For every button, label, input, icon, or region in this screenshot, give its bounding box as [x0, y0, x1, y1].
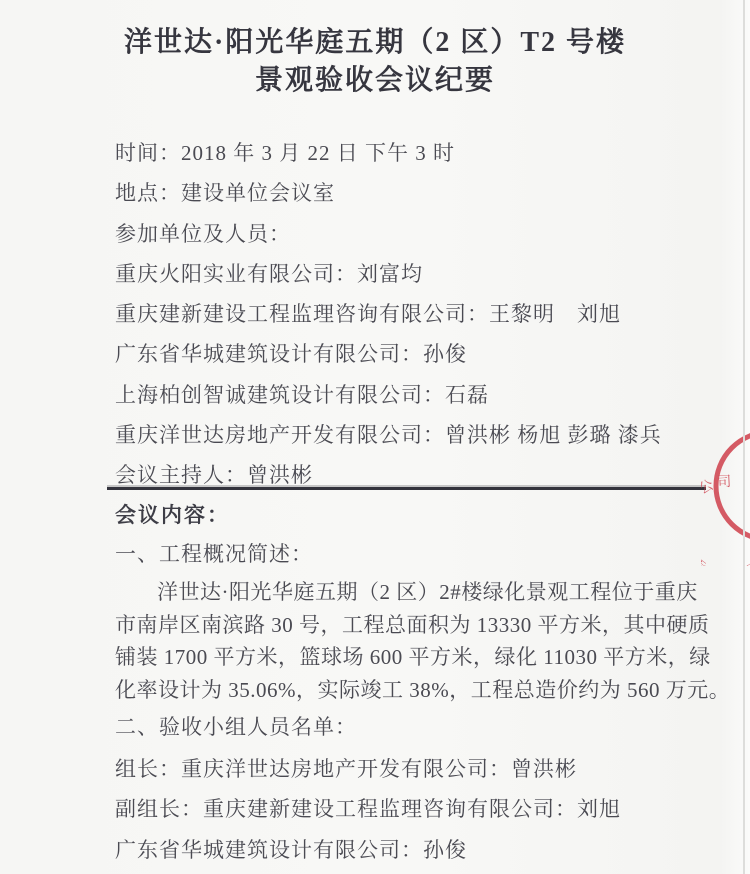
attendee-line: 重庆建新建设工程监理咨询有限公司：王黎明 刘旭	[115, 294, 710, 334]
meta-line-time: 时间：2018 年 3 月 22 日 下午 3 时	[115, 133, 710, 173]
list-item-member: 广东省华城建筑设计有限公司：孙俊	[115, 830, 712, 870]
content-block: 会议内容： 一、工程概况简述： 洋世达·阳光华庭五期（2 区）2#楼绿化景观工程…	[115, 497, 712, 870]
meta-block: 时间：2018 年 3 月 22 日 下午 3 时 地点：建设单位会议室 参加单…	[115, 133, 710, 496]
document-title: 洋世达·阳光华庭五期（2 区）T2 号楼 景观验收会议纪要	[0, 24, 750, 100]
title-line-1: 洋世达·阳光华庭五期（2 区）T2 号楼	[0, 24, 750, 62]
paragraph-line: 铺装 1700 平方米，篮球场 600 平方米，绿化 11030 平方米，绿	[115, 641, 712, 674]
section1-paragraph: 洋世达·阳光华庭五期（2 区）2#楼绿化景观工程位于重庆 市南岸区南滨路 30 …	[115, 576, 712, 706]
document-page: 洋世达·阳光华庭五期（2 区）T2 号楼 景观验收会议纪要 时间：2018 年 …	[0, 0, 750, 874]
attendee-line: 重庆洋世达房地产开发有限公司：曾洪彬 杨旭 彭璐 漆兵	[115, 415, 710, 455]
title-line-2: 景观验收会议纪要	[0, 62, 750, 100]
attendee-line: 广东省华城建筑设计有限公司：孙俊	[115, 334, 710, 374]
section1-heading: 一、工程概况简述：	[115, 535, 712, 573]
attendee-line: 重庆火阳实业有限公司：刘富均	[115, 254, 710, 294]
scan-edge-line	[743, 0, 745, 874]
paragraph-line: 化率设计为 35.06%，实际竣工 38%，工程总造价约为 560 万元。	[115, 674, 712, 707]
meta-line-place: 地点：建设单位会议室	[115, 173, 710, 213]
list-item-leader: 组长：重庆洋世达房地产开发有限公司：曾洪彬	[115, 749, 712, 789]
paragraph-line: 市南岸区南滨路 30 号，工程总面积为 13330 平方米，其中硬质	[115, 609, 712, 642]
paragraph-line: 洋世达·阳光华庭五期（2 区）2#楼绿化景观工程位于重庆	[115, 576, 712, 609]
meta-line-attendees-label: 参加单位及人员：	[115, 214, 710, 254]
section2-list: 组长：重庆洋世达房地产开发有限公司：曾洪彬 副组长：重庆建新建设工程监理咨询有限…	[115, 749, 712, 870]
section-divider	[107, 487, 706, 490]
section2-heading: 二、验收小组人员名单：	[115, 708, 712, 746]
list-item-deputy: 副组长：重庆建新建设工程监理咨询有限公司：刘旭	[115, 789, 712, 829]
content-heading: 会议内容：	[115, 497, 712, 535]
attendee-line: 上海柏创智诚建筑设计有限公司：石磊	[115, 375, 710, 415]
